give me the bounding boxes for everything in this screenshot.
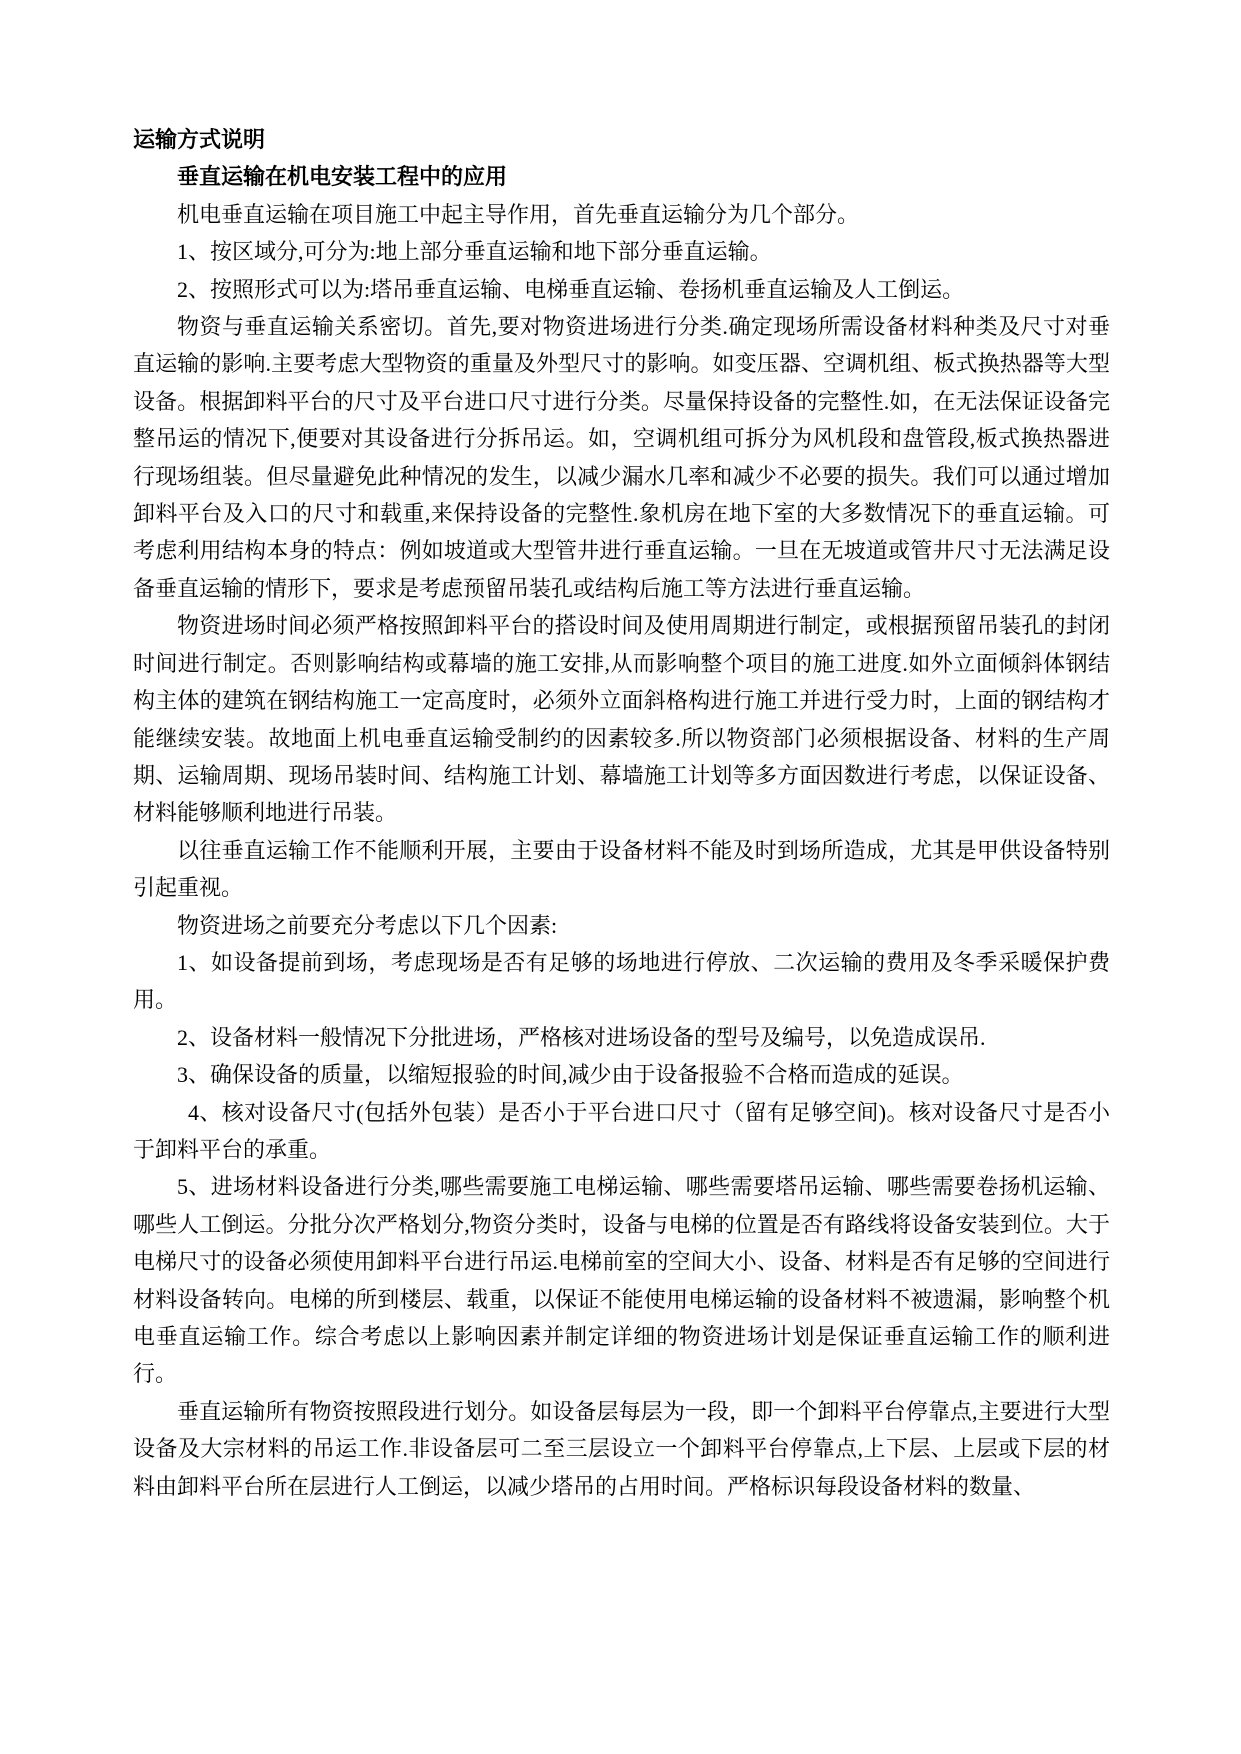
list-item-factor-4: 4、核对设备尺寸(包括外包装）是否小于平台进口尺寸（留有足够空间)。核对设备尺寸… (133, 1094, 1110, 1169)
list-item-factor-5: 5、进场材料设备进行分类,哪些需要施工电梯运输、哪些需要塔吊运输、哪些需要卷扬机… (133, 1168, 1110, 1392)
list-item-factor-2: 2、设备材料一般情况下分批进场，严格核对进场设备的型号及编号，以免造成误吊. (133, 1019, 1110, 1056)
list-item-region-1: 1、按区域分,可分为:地上部分垂直运输和地下部分垂直运输。 (133, 233, 1110, 270)
doc-section-heading: 垂直运输在机电安装工程中的应用 (133, 158, 1110, 195)
paragraph-intro: 机电垂直运输在项目施工中起主导作用，首先垂直运输分为几个部分。 (133, 196, 1110, 233)
paragraph-past-issues: 以往垂直运输工作不能顺利开展，主要由于设备材料不能及时到场所造成，尤其是甲供设备… (133, 832, 1110, 907)
list-item-factor-1: 1、如设备提前到场，考虑现场是否有足够的场地进行停放、二次运输的费用及冬季采暖保… (133, 944, 1110, 1019)
doc-title: 运输方式说明 (133, 121, 1110, 158)
list-item-factor-3: 3、确保设备的质量，以缩短报验的时间,减少由于设备报验不合格而造成的延误。 (133, 1056, 1110, 1093)
list-item-form-2: 2、按照形式可以为:塔吊垂直运输、电梯垂直运输、卷扬机垂直运输及人工倒运。 (133, 271, 1110, 308)
document-body: 运输方式说明 垂直运输在机电安装工程中的应用 机电垂直运输在项目施工中起主导作用… (133, 121, 1110, 1505)
document-page: 运输方式说明 垂直运输在机电安装工程中的应用 机电垂直运输在项目施工中起主导作用… (0, 0, 1241, 1754)
paragraph-materials: 物资与垂直运输关系密切。首先,要对物资进场进行分类.确定现场所需设备材料种类及尺… (133, 308, 1110, 607)
paragraph-schedule: 物资进场时间必须严格按照卸料平台的搭设时间及使用周期进行制定，或根据预留吊装孔的… (133, 607, 1110, 831)
paragraph-factors-lead: 物资进场之前要充分考虑以下几个因素: (133, 907, 1110, 944)
paragraph-segments: 垂直运输所有物资按照段进行划分。如设备层每层为一段，即一个卸料平台停靠点,主要进… (133, 1393, 1110, 1505)
